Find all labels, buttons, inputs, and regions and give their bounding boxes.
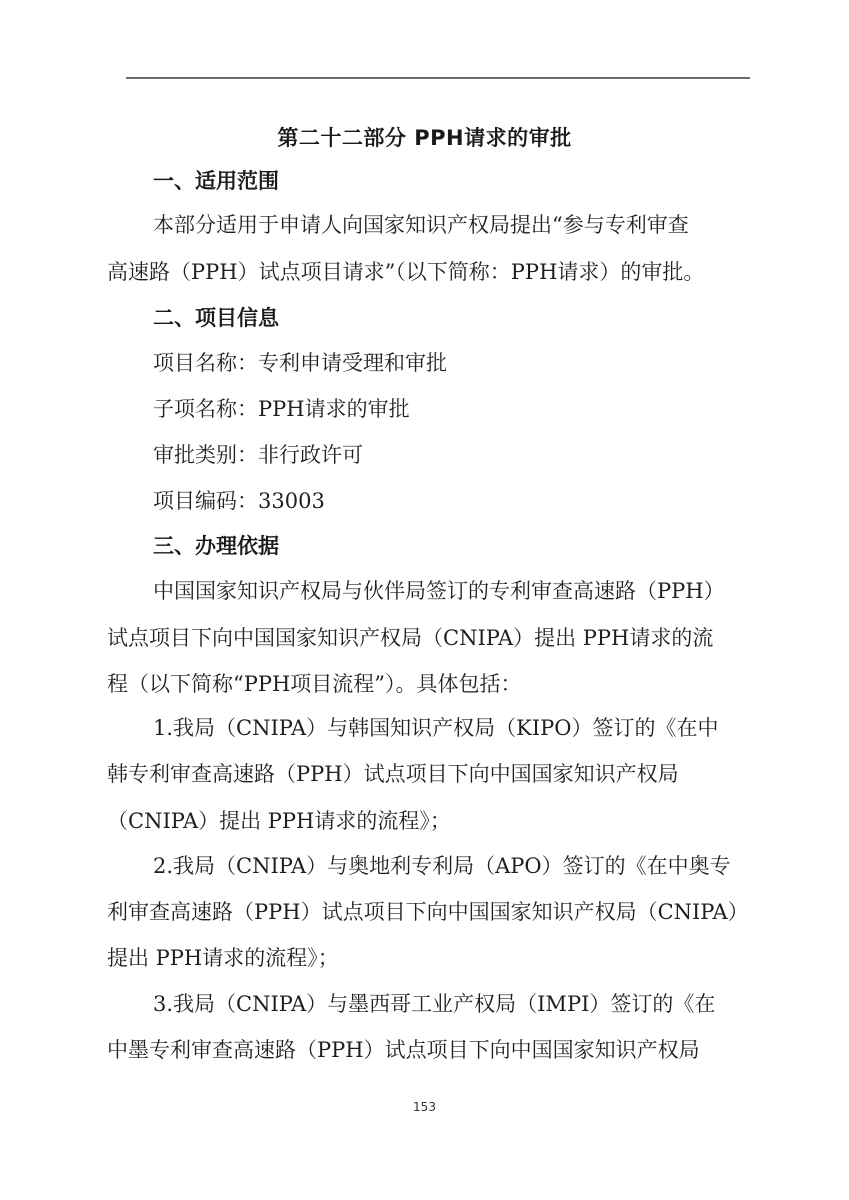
body-text-line: 本部分适用于申请人向国家知识产权局提出“参与专利审查: [153, 210, 689, 240]
body-text-line: 利审查高速路（PPH）试点项目下向中国国家知识产权局（CNIPA）: [107, 897, 749, 927]
body-text-line: 项目编码：33003: [153, 486, 325, 516]
body-text-line: 1.我局（CNIPA）与韩国知识产权局（KIPO）签订的《在中: [153, 713, 718, 743]
section-heading: 一、适用范围: [153, 166, 279, 196]
body-text-line: 项目名称：专利申请受理和审批: [153, 348, 447, 378]
body-text-line: 中国国家知识产权局与伙伴局签订的专利审查高速路（PPH）: [153, 576, 725, 606]
body-text-line: 韩专利审查高速路（PPH）试点项目下向中国国家知识产权局: [107, 759, 679, 789]
header-rule: [126, 77, 750, 79]
body-text-line: 子项名称：PPH请求的审批: [153, 394, 410, 424]
body-text-line: 审批类别：非行政许可: [153, 440, 363, 470]
body-text-line: 试点项目下向中国国家知识产权局（CNIPA）提出 PPH请求的流: [107, 623, 713, 653]
body-text-line: （CNIPA）提出 PPH请求的流程》；: [107, 806, 451, 836]
body-text-line: 提出 PPH请求的流程》；: [107, 943, 339, 973]
body-text-line: 2.我局（CNIPA）与奥地利专利局（APO）签订的《在中奥专: [153, 851, 731, 881]
body-text-line: 高速路（PPH）试点项目请求”（以下简称：PPH请求）的审批。: [107, 257, 704, 287]
page-number: 153: [0, 1100, 849, 1114]
section-heading: 二、项目信息: [153, 303, 279, 333]
section-heading: 三、办理依据: [153, 531, 279, 561]
body-text-line: 3.我局（CNIPA）与墨西哥工业产权局（IMPI）签订的《在: [153, 989, 715, 1019]
page-title: 第二十二部分 PPH请求的审批: [0, 122, 849, 152]
body-text-line: 程（以下简称“PPH项目流程”）。具体包括：: [107, 669, 522, 699]
body-text-line: 中墨专利审查高速路（PPH）试点项目下向中国国家知识产权局: [107, 1035, 700, 1065]
